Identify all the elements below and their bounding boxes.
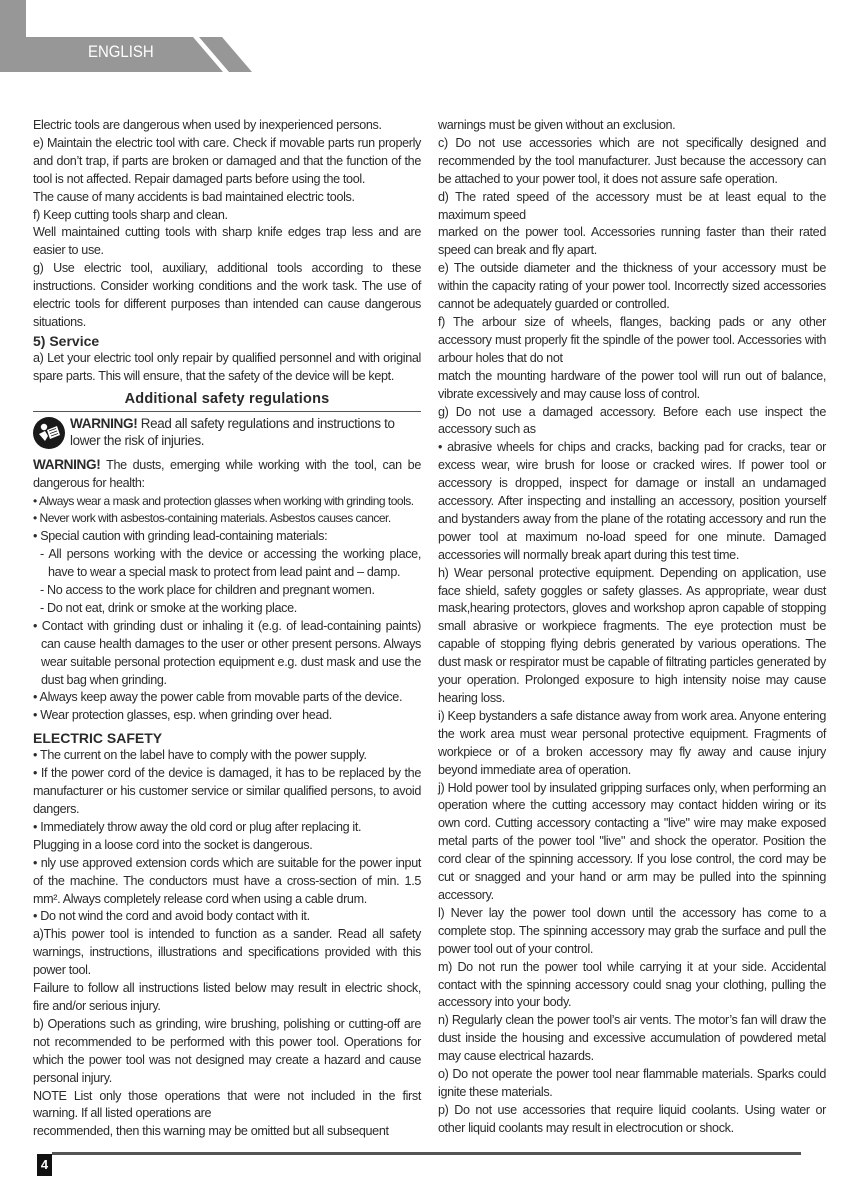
list-item: • Wear protection glasses, esp. when gri… [33, 707, 421, 725]
paragraph: a) Let your electric tool only repair by… [33, 350, 421, 386]
list-item: - No access to the work place for childr… [33, 582, 421, 600]
dust-warning: WARNING! The dusts, emerging while worki… [33, 456, 421, 493]
paragraph: i) Keep bystanders a safe distance away … [438, 708, 826, 780]
paragraph: • abrasive wheels for chips and cracks, … [438, 439, 826, 564]
paragraph: c) Do not use accessories which are not … [438, 135, 826, 189]
paragraph: a)This power tool is intended to functio… [33, 926, 421, 980]
read-manual-icon [33, 417, 65, 449]
paragraph: g) Do not use a damaged accessory. Befor… [438, 404, 826, 440]
list-item: - All persons working with the device or… [33, 546, 421, 582]
paragraph: recommended, then this warning may be om… [33, 1123, 421, 1141]
paragraph: j) Hold power tool by insulated gripping… [438, 780, 826, 905]
paragraph: f) The arbour size of wheels, flanges, b… [438, 314, 826, 368]
paragraph: g) Use electric tool, auxiliary, additio… [33, 260, 421, 332]
section-title-additional: Additional safety regulations [33, 390, 421, 412]
list-item: • Never work with asbestos-containing ma… [33, 510, 421, 528]
paragraph: d) The rated speed of the accessory must… [438, 189, 826, 225]
paragraph: b) Operations such as grinding, wire bru… [33, 1016, 421, 1088]
paragraph: l) Never lay the power tool down until t… [438, 905, 826, 959]
paragraph: n) Regularly clean the power tool’s air … [438, 1012, 826, 1066]
paragraph: o) Do not operate the power tool near fl… [438, 1066, 826, 1102]
paragraph: Electric tools are dangerous when used b… [33, 117, 421, 135]
list-item: • Do not wind the cord and avoid body co… [33, 908, 421, 926]
paragraph: The cause of many accidents is bad maint… [33, 189, 421, 207]
paragraph: warnings must be given without an exclus… [438, 117, 826, 135]
page-number: 4 [37, 1154, 52, 1176]
list-item: - Do not eat, drink or smoke at the work… [33, 600, 421, 618]
list-item: • If the power cord of the device is dam… [33, 765, 421, 819]
footer-rule [52, 1152, 801, 1155]
paragraph: Failure to follow all instructions liste… [33, 980, 421, 1016]
paragraph: f) Keep cutting tools sharp and clean. [33, 207, 421, 225]
warning-read-manual: WARNING! Read all safety regulations and… [33, 415, 421, 450]
list-item: • Contact with grinding dust or inhaling… [33, 618, 421, 690]
left-column: Electric tools are dangerous when used b… [33, 117, 421, 1141]
section-title-service: 5) Service [33, 332, 421, 350]
paragraph: h) Wear personal protective equipment. D… [438, 565, 826, 708]
paragraph: e) Maintain the electric tool with care.… [33, 135, 421, 189]
language-tab-shape [0, 0, 260, 75]
section-title-electric: ELECTRIC SAFETY [33, 729, 421, 747]
paragraph: marked on the power tool. Accessories ru… [438, 224, 826, 260]
paragraph: e) The outside diameter and the thicknes… [438, 260, 826, 314]
list-item: • nly use approved extension cords which… [33, 855, 421, 909]
list-item: Plugging in a loose cord into the socket… [33, 837, 421, 855]
list-item: • Special caution with grinding lead-con… [33, 528, 421, 546]
list-item: • The current on the label have to compl… [33, 747, 421, 765]
paragraph: match the mounting hardware of the power… [438, 368, 826, 404]
warning-label: WARNING! [33, 457, 100, 472]
paragraph: NOTE List only those operations that wer… [33, 1088, 421, 1124]
warning-label: WARNING! [70, 416, 137, 431]
paragraph: m) Do not run the power tool while carry… [438, 959, 826, 1013]
warning-text: WARNING! Read all safety regulations and… [70, 415, 421, 450]
language-label: ENGLISH [88, 42, 154, 62]
paragraph: Well maintained cutting tools with sharp… [33, 224, 421, 260]
right-column: warnings must be given without an exclus… [438, 117, 826, 1138]
paragraph: p) Do not use accessories that require l… [438, 1102, 826, 1138]
list-item: • Always keep away the power cable from … [33, 689, 421, 707]
list-item: • Immediately throw away the old cord or… [33, 819, 421, 837]
list-item: • Always wear a mask and protection glas… [33, 493, 421, 511]
